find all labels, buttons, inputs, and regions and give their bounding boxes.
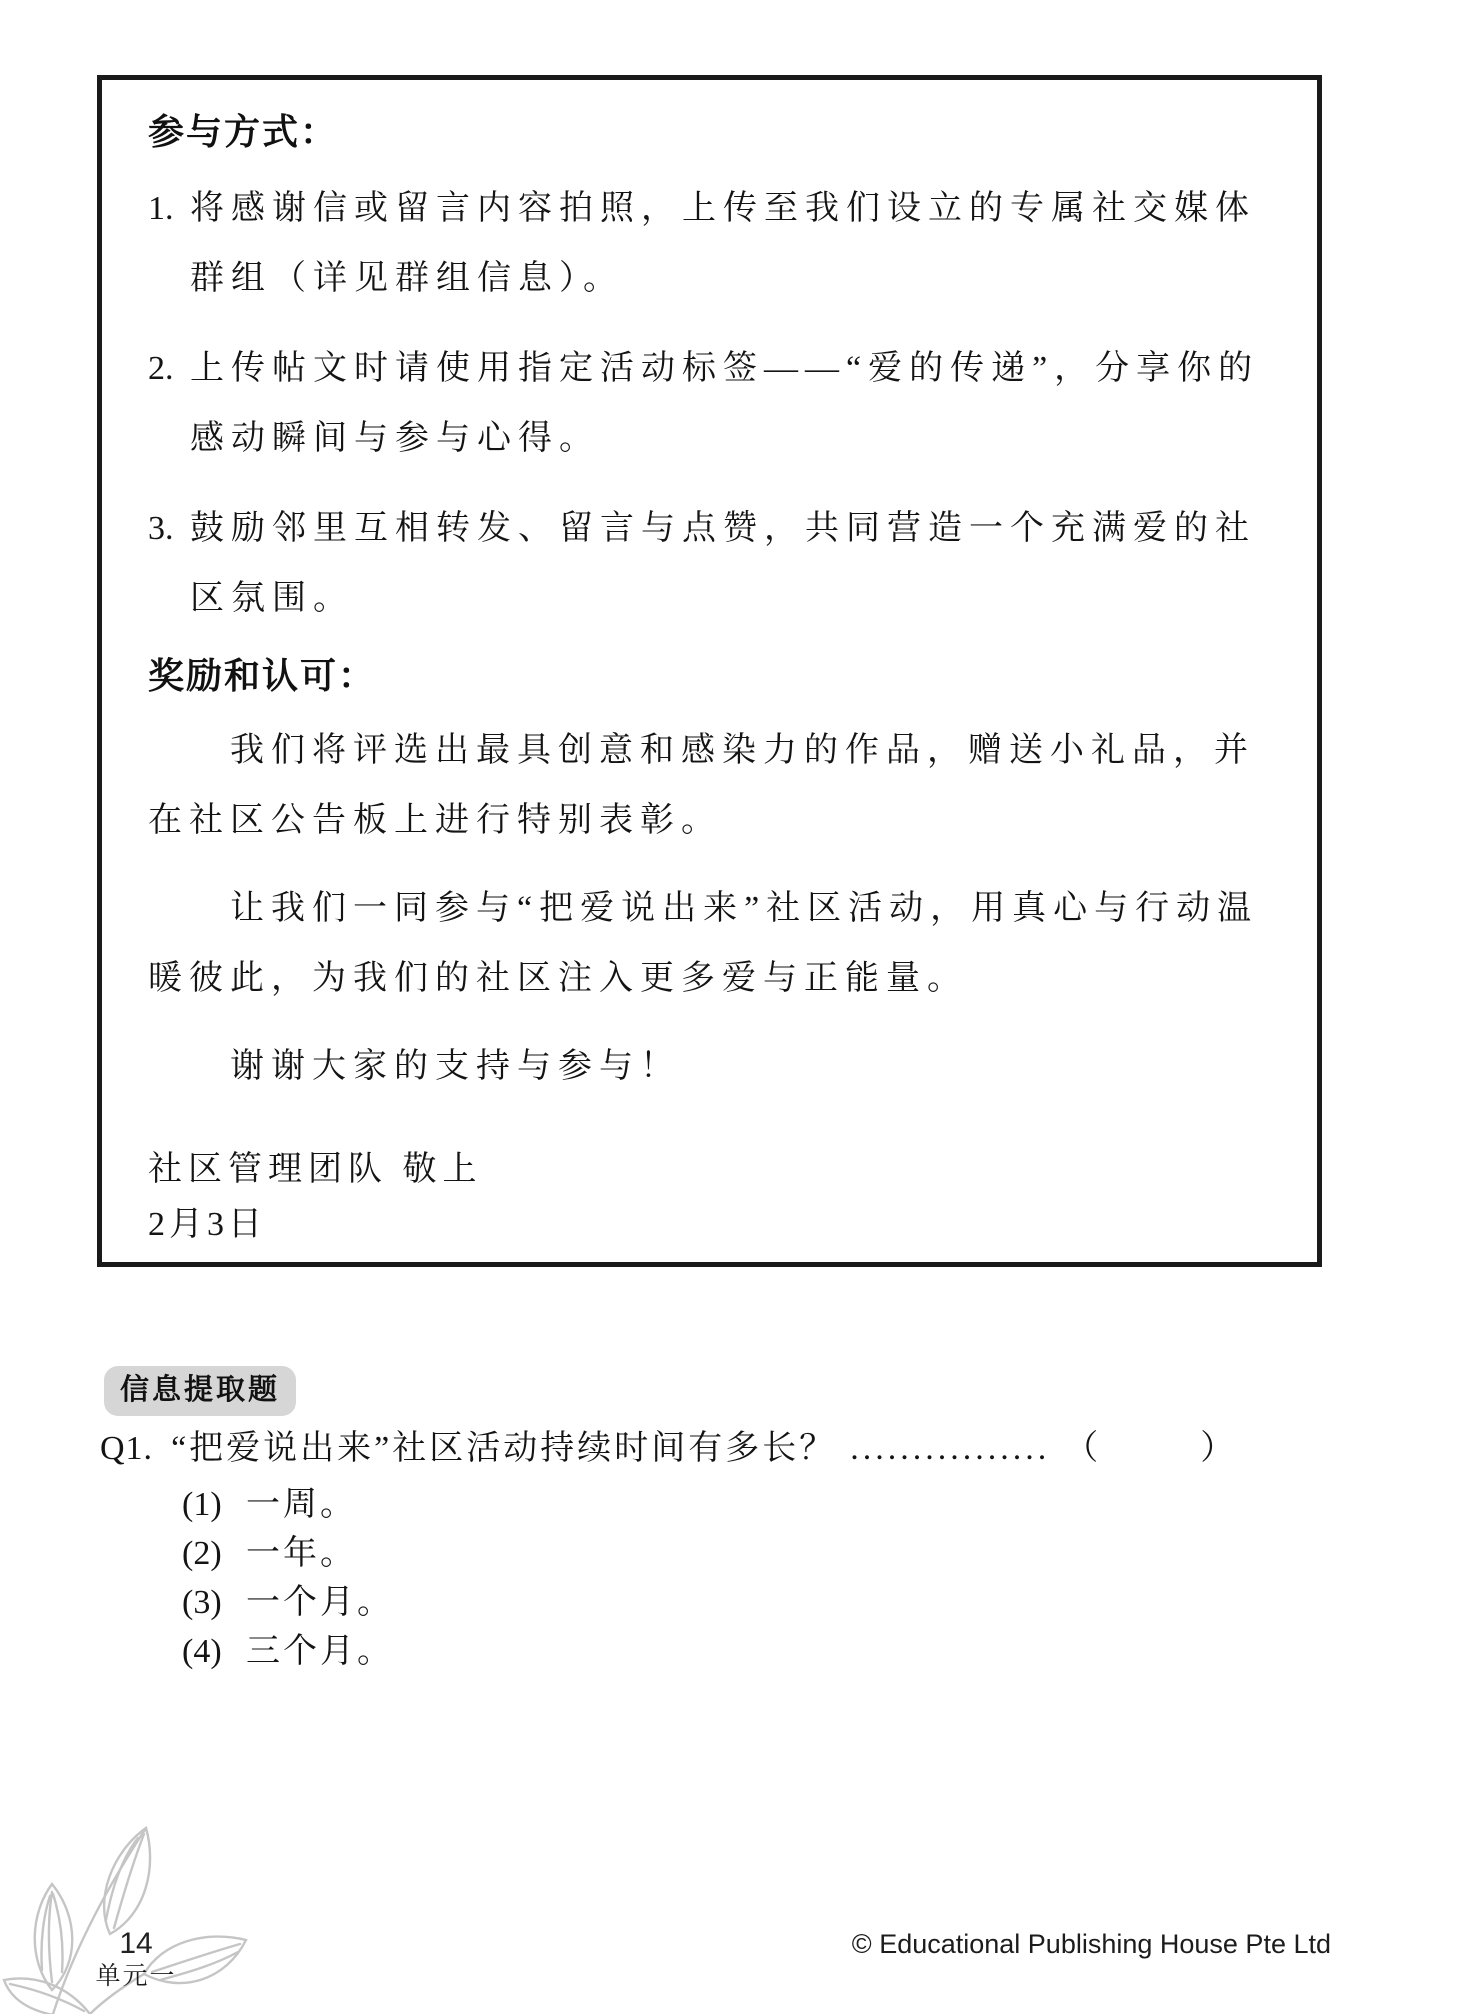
notice-letter-box: 参与方式： 1. 将感谢信或留言内容拍照，上传至我们设立的专属社交媒体群组（详见… [97, 75, 1322, 1267]
leader-dots: ................ [850, 1430, 1050, 1467]
page-number: 14 [96, 1928, 176, 1960]
option-row: (2)一年。 [182, 1529, 1370, 1578]
option-number: (1) [182, 1480, 246, 1529]
exercise-type-badge: 信息提取题 [104, 1366, 296, 1416]
list-item: 3. 鼓励邻里互相转发、留言与点赞，共同营造一个充满爱的社区氛围。 [148, 494, 1273, 634]
signoff: 社区管理团队 敬上 [148, 1142, 1273, 1197]
option-text: 三个月。 [246, 1633, 394, 1670]
option-text: 一年。 [246, 1535, 357, 1572]
notice-paragraph: 让我们一同参与“把爱说出来”社区活动，用真心与行动温暖彼此，为我们的社区注入更多… [148, 874, 1273, 1014]
answer-brackets: （ ） [1064, 1430, 1234, 1467]
list-item: 1. 将感谢信或留言内容拍照，上传至我们设立的专属社交媒体群组（详见群组信息）。 [148, 174, 1273, 314]
option-text: 一周。 [246, 1486, 357, 1523]
list-item-text: 鼓励邻里互相转发、留言与点赞，共同营造一个充满爱的社区氛围。 [190, 510, 1256, 617]
unit-label: 单元一 [84, 1962, 188, 1990]
option-row: (4)三个月。 [182, 1627, 1370, 1676]
question-1-block: Q1.“把爱说出来”社区活动持续时间有多长？................（ … [100, 1424, 1370, 1676]
worksheet-page: 参与方式： 1. 将感谢信或留言内容拍照，上传至我们设立的专属社交媒体群组（详见… [0, 0, 1463, 2014]
copyright-notice: © Educational Publishing House Pte Ltd [852, 1928, 1331, 1960]
question-text: “把爱说出来”社区活动持续时间有多长？ [171, 1430, 836, 1467]
option-number: (3) [182, 1578, 246, 1627]
list-item: 2. 上传帖文时请使用指定活动标签——“爱的传递”，分享你的感动瞬间与参与心得。 [148, 334, 1273, 474]
list-item-text: 将感谢信或留言内容拍照，上传至我们设立的专属社交媒体群组（详见群组信息）。 [190, 190, 1256, 297]
participation-heading: 参与方式： [148, 110, 1273, 154]
list-item-number: 1. [148, 174, 174, 244]
question-number: Q1. [100, 1430, 153, 1467]
question-1-options: (1)一周。 (2)一年。 (3)一个月。 (4)三个月。 [182, 1480, 1370, 1676]
list-item-number: 3. [148, 494, 174, 564]
rewards-heading: 奖励和认可： [148, 654, 1273, 698]
option-row: (3)一个月。 [182, 1578, 1370, 1627]
list-item-number: 2. [148, 334, 174, 404]
notice-paragraph: 谢谢大家的支持与参与！ [148, 1032, 1273, 1102]
notice-date: 2月3日 [148, 1197, 1273, 1252]
option-number: (4) [182, 1627, 246, 1676]
option-row: (1)一周。 [182, 1480, 1370, 1529]
list-item-text: 上传帖文时请使用指定活动标签——“爱的传递”，分享你的感动瞬间与参与心得。 [190, 350, 1259, 457]
participation-steps-list: 1. 将感谢信或留言内容拍照，上传至我们设立的专属社交媒体群组（详见群组信息）。… [148, 174, 1273, 634]
notice-paragraph: 我们将评选出最具创意和感染力的作品，赠送小礼品，并在社区公告板上进行特别表彰。 [148, 716, 1273, 856]
question-1-line: Q1.“把爱说出来”社区活动持续时间有多长？................（ … [100, 1424, 1370, 1474]
option-number: (2) [182, 1529, 246, 1578]
option-text: 一个月。 [246, 1584, 394, 1621]
